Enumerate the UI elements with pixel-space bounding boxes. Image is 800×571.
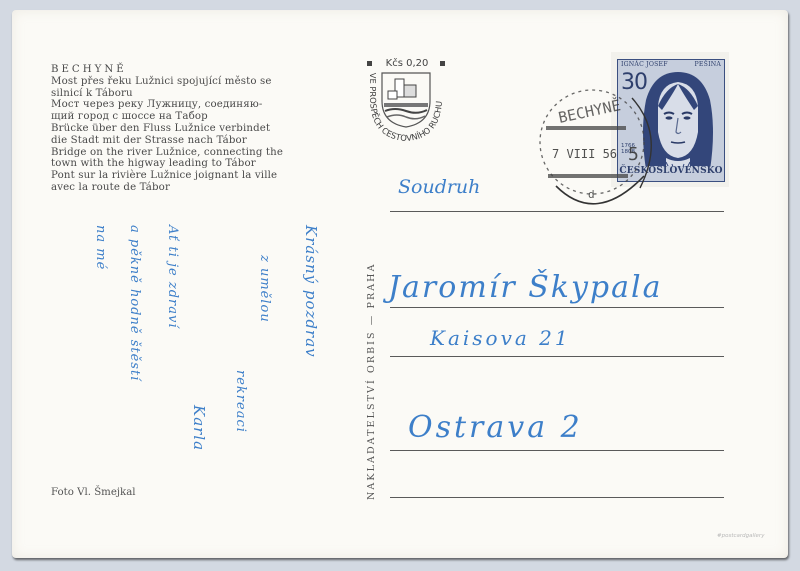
address-line-5 [390, 497, 724, 498]
caption-line: Bridge on the river Lužnice, connecting … [51, 147, 351, 159]
castle-emblem-icon: VE PROSPĚCH CESTOVNÍHO RUCHU [360, 57, 450, 147]
handwritten-message-line: rekreaci [233, 370, 248, 433]
caption-block: BECHYNĚ Most přes řeku Lužnici spojující… [51, 64, 351, 194]
svg-text:BECHYNĚ: BECHYNĚ [556, 95, 622, 127]
svg-text:d: d [588, 188, 595, 201]
handwritten-salutation: Soudruh [398, 176, 480, 198]
caption-title: BECHYNĚ [51, 64, 351, 76]
caption-line: die Stadt mit der Strasse nach Tábor [51, 135, 351, 147]
address-line-1 [390, 211, 724, 212]
address-line-4 [390, 450, 724, 451]
address-line-3 [390, 356, 724, 357]
svg-text:VE PROSPĚCH CESTOVNÍHO RUCHU: VE PROSPĚCH CESTOVNÍHO RUCHU [368, 73, 444, 143]
handwritten-message-line: Krásný pozdrav [302, 225, 320, 358]
svg-text:5: 5 [628, 144, 639, 165]
handwritten-message-line: na mé [93, 225, 108, 270]
caption-line: avec la route de Tábor [51, 182, 351, 194]
caption-line: Pont sur la rivière Lužnice joignant la … [51, 170, 351, 182]
caption-line: silnicí k Táboru [51, 88, 351, 100]
svg-text:7 VIII 56: 7 VIII 56 [552, 147, 617, 161]
postmark-cancel: BECHYNĚ 7 VIII 56 5 d [536, 76, 666, 221]
handwritten-message-line: Karla [190, 405, 208, 451]
handwritten-message-line: Ať ti je zdraví [165, 225, 180, 329]
address-line-2 [390, 307, 724, 308]
caption-line: Мост через реку Лужницу, соединяю- [51, 99, 351, 111]
handwritten-city: Ostrava 2 [408, 410, 583, 445]
publisher-imprint: NAKLADATELSTVÍ ORBIS — PRAHA [366, 262, 377, 500]
photo-credit: Foto Vl. Šmejkal [51, 487, 136, 498]
caption-line: щий город с шоссе на Табор [51, 111, 351, 123]
handwritten-message-line: a pěkně hodně štěstí [127, 225, 142, 381]
caption-line: Most přes řeku Lužnici spojující město s… [51, 76, 351, 88]
caption-line: Brücke über den Fluss Lužnice verbindet [51, 123, 351, 135]
stamp-name-right: PEŠINA [695, 61, 721, 68]
watermark: #postcardgallery [717, 533, 764, 539]
handwritten-street: Kaisova 21 [430, 326, 571, 350]
tourism-fund-imprint: Kčs 0,20 VE PROSPĚCH CESTOVNÍHO RUCHU [360, 57, 450, 147]
handwritten-recipient-name: Jaromír Škypala [388, 270, 662, 305]
caption-line: town with the higway leading to Tábor [51, 158, 351, 170]
stamp-name-left: IGNÁC JOSEF [621, 61, 668, 68]
handwritten-message-line: z umělou [257, 255, 272, 323]
